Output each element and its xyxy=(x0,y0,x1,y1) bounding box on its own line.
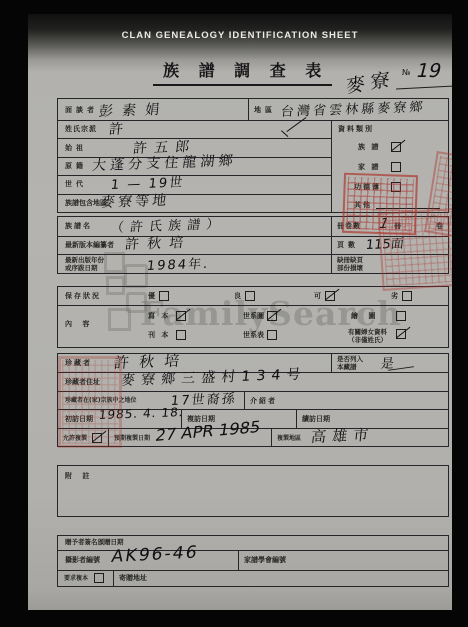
annotation-no-symbol: № xyxy=(402,68,410,77)
pubyear-value: 1984年. xyxy=(146,253,210,274)
checkbox-women xyxy=(396,329,406,339)
coverage-value: 麥寮等地 xyxy=(100,190,170,212)
admin-table: 贈予者簽名頒贈日期 攝影者編號 AK96-46 家譜學會編號 要求複本 寄贈地址 xyxy=(57,535,449,587)
interviewer-value: 彭素娟 xyxy=(98,99,169,121)
copy-date-value: 27 APR 1985 xyxy=(154,417,262,445)
checkbox-chart xyxy=(267,311,277,321)
surname-value: 許 xyxy=(108,119,124,139)
book-title-label: 族譜名 xyxy=(65,222,92,231)
notes-box: 附 註 xyxy=(57,465,449,517)
form-paper: CLAN GENEALOGY IDENTIFICATION SHEET 族 譜 … xyxy=(28,14,452,610)
annotation-no: 19 xyxy=(414,60,444,82)
ancestor-label: 始祖 xyxy=(65,144,87,153)
generations-label: 世代 xyxy=(65,180,87,189)
content-table-label: 世系表 xyxy=(243,331,264,340)
english-title: CLAN GENEALOGY IDENTIFICATION SHEET xyxy=(28,30,452,41)
content-women-sublabel: （非僅姓氏） xyxy=(348,337,387,345)
checkbox-you xyxy=(159,291,169,301)
followup-label: 續訪日期 xyxy=(302,415,330,424)
pubyear-label-line2: 或序跋日期 xyxy=(65,265,98,273)
red-seal-stamp xyxy=(58,356,122,448)
check-flourish xyxy=(280,116,306,132)
content-manuscript-label: 寫 本 xyxy=(148,312,170,321)
condition-you-label: 優 xyxy=(148,292,155,301)
scanned-genealogy-sheet: CLAN GENEALOGY IDENTIFICATION SHEET 族 譜 … xyxy=(0,0,468,627)
checkbox-illustration xyxy=(396,311,406,321)
checkbox-printed xyxy=(176,330,186,340)
pages-label: 頁數 xyxy=(337,241,359,250)
surname-label: 姓氏宗派 xyxy=(65,125,97,134)
checkbox-liang xyxy=(245,291,255,301)
content-label: 內 容 xyxy=(65,320,93,329)
society-label: 家譜學會編號 xyxy=(244,556,286,565)
checkbox-request-copy xyxy=(94,573,104,583)
request-copy-label: 要求複本 xyxy=(64,574,88,583)
checkbox-manuscript xyxy=(176,311,186,321)
compiler-label: 最新版本編纂者 xyxy=(65,241,114,250)
category-item-zupu-label: 族 譜 xyxy=(358,143,380,152)
notes-label: 附 註 xyxy=(65,472,93,481)
condition-content-table: 保存狀況 優 良 可 劣 內 容 寫 本 刊 本 世系圖 世系表 繪 圖 有關婦… xyxy=(57,286,449,348)
compiler-value: 許秋培 xyxy=(124,232,192,254)
origin-label: 原籍 xyxy=(65,162,87,171)
checkbox-lie xyxy=(402,291,412,301)
checkbox-ke xyxy=(325,291,335,301)
condition-liang-label: 良 xyxy=(234,292,241,301)
category-item-jiapu-label: 家 譜 xyxy=(358,163,380,172)
checkbox-jiapu xyxy=(391,162,401,172)
condition-label: 保存狀況 xyxy=(65,292,101,301)
annotation-place: 麥寮 xyxy=(346,64,395,99)
checkbox-zupu xyxy=(391,142,401,152)
category-label: 資料類別 xyxy=(338,125,374,134)
mailing-address-label: 寄贈地址 xyxy=(119,574,147,583)
introducer-label: 介紹者 xyxy=(250,397,277,406)
interviewer-label: 面談者 xyxy=(65,106,98,115)
photographer-value: AK96-46 xyxy=(110,543,200,567)
annotation-underline xyxy=(396,85,452,89)
area-label: 地區 xyxy=(254,106,276,115)
checkbox-table xyxy=(267,330,277,340)
content-illustration-label: 繪 圖 xyxy=(351,312,379,321)
included-label-line2: 本藏譜 xyxy=(337,364,357,372)
missing-label-line2: 部份損壞 xyxy=(337,265,363,273)
condition-ke-label: 可 xyxy=(314,292,321,301)
donor-label: 贈予者簽名頒贈日期 xyxy=(65,539,124,547)
copy-area-value: 高雄市 xyxy=(310,424,376,447)
photographer-label: 攝影者編號 xyxy=(65,556,100,565)
content-chart-label: 世系圖 xyxy=(243,312,264,321)
copy-area-label: 複製地區 xyxy=(277,434,301,443)
condition-lie-label: 劣 xyxy=(391,292,398,301)
chinese-title: 族 譜 調 查 表 xyxy=(153,58,332,86)
content-printed-label: 刊 本 xyxy=(148,331,170,340)
